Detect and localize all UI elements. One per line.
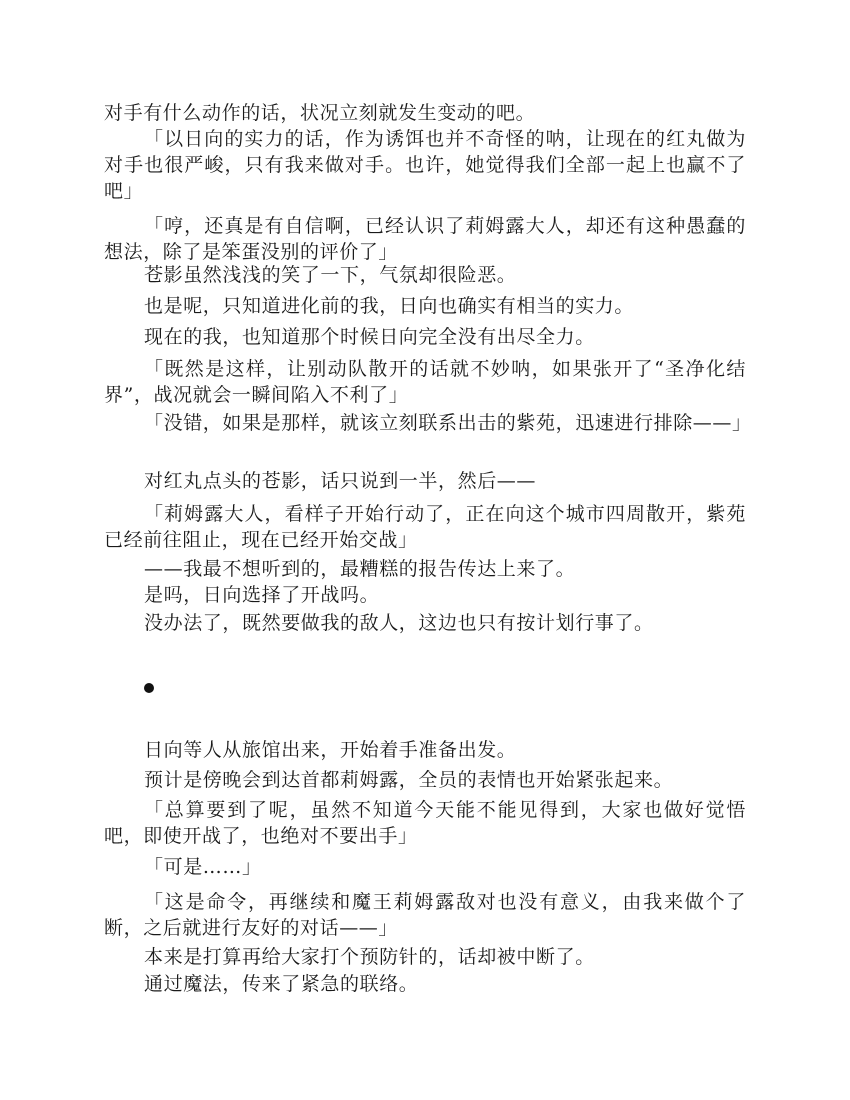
paragraph: 是吗，日向选择了开战吗。	[104, 582, 746, 608]
paragraph: 对手有什么动作的话，状况立刻就发生变动的吧。	[104, 100, 746, 126]
paragraph: 也是呢，只知道进化前的我，日向也确实有相当的实力。	[104, 293, 746, 319]
paragraph: 「哼，还真是有自信啊，已经认识了莉姆露大人，却还有这种愚蠢的想法，除了是笨蛋没别…	[104, 213, 746, 265]
paragraph: 本来是打算再给大家打个预防针的，话却被中断了。	[104, 944, 746, 970]
paragraph: ——我最不想听到的，最糟糕的报告传达上来了。	[104, 556, 746, 582]
paragraph: 日向等人从旅馆出来，开始着手准备出发。	[104, 737, 746, 763]
paragraph: 现在的我，也知道那个时候日向完全没有出尽全力。	[104, 324, 746, 350]
paragraph: 没办法了，既然要做我的敌人，这边也只有按计划行事了。	[104, 610, 746, 636]
paragraph: 「莉姆露大人，看样子开始行动了，正在向这个城市四周散开，紫苑已经前往阻止，现在已…	[104, 501, 746, 553]
paragraph: 「没错，如果是那样，就该立刻联系出击的紫苑，迅速进行排除——」	[104, 410, 746, 436]
paragraph: 「可是……」	[104, 854, 746, 880]
paragraph: 「这是命令，再继续和魔王莉姆露敌对也没有意义，由我来做个了断，之后就进行友好的对…	[104, 889, 746, 941]
paragraph: 「总算要到了呢，虽然不知道今天能不能见得到，大家也做好觉悟吧，即使开战了，也绝对…	[104, 797, 746, 849]
paragraph: 「以日向的实力的话，作为诱饵也并不奇怪的呐，让现在的红丸做为对手也很严峻，只有我…	[104, 126, 746, 204]
paragraph: 通过魔法，传来了紧急的联络。	[104, 971, 746, 997]
section-separator-bullet	[144, 683, 154, 693]
paragraph: 预计是傍晚会到达首都莉姆露，全员的表情也开始紧张起来。	[104, 767, 746, 793]
paragraph: 「既然是这样，让别动队散开的话就不妙呐，如果张开了“圣净化结界”，战况就会一瞬间…	[104, 356, 746, 408]
paragraph: 对红丸点头的苍影，话只说到一半，然后——	[104, 468, 746, 494]
paragraph: 苍影虽然浅浅的笑了一下，气氛却很险恶。	[104, 262, 746, 288]
